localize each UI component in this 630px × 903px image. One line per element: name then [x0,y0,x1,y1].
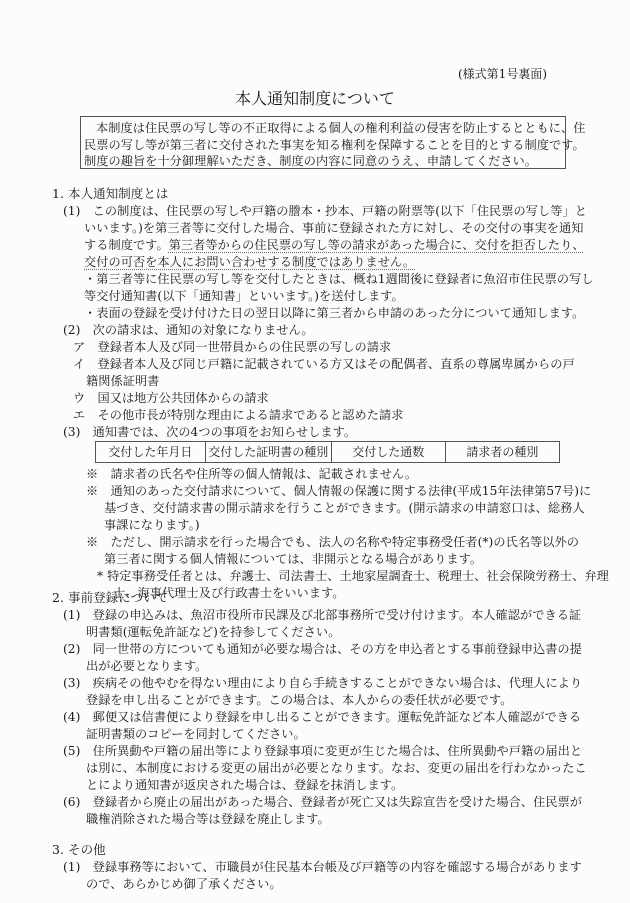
intro-line: 制度の趣旨を十分御理解いただき、制度の内容に同意のうえ、申請してください。 [84,153,537,169]
list-item: ・第三者等に住民票の写し等を交付したときは、概ね1週間後に登録者に魚沼市住民票の… [84,271,594,287]
list-item: 出が必要となります。 [86,658,207,674]
list-item: (4) 郵便又は信書便により登録を申し出ることができます。運転免許証など本人確認… [63,709,581,725]
list-item: (1) この制度は、住民票の写しや戸籍の謄本・抄本、戸籍の附票等(以下「住民票の… [63,203,587,219]
list-item: ア 登録者本人及び同一世帯員からの住民票の写しの請求 [73,339,391,355]
notice-items-table: 交付した年月日 交付した証明書の種別 交付した通数 請求者の種別 [95,441,560,463]
list-item: (6) 登録者から廃止の届出があった場合、登録者が死亡又は失踪宣告を受けた場合、… [63,794,582,810]
table-cell: 交付した年月日 [96,442,206,463]
section-heading-1: 1. 本人通知制度とは [52,186,168,202]
section-heading-2: 2. 事前登録について [52,590,168,606]
list-item: ので、あらかじめ御了承ください。 [86,876,282,892]
list-item: とにより通知書が返戻された場合は、登録を抹消します。 [86,777,403,793]
table-cell: 交付した通数 [331,442,445,463]
table-cell: 請求者の種別 [445,442,559,463]
list-item: 登録を申し出ることができます。この場合は、本人からの委任状が必要です。 [86,692,512,708]
list-item: 明書類(運転免許証など)を持参してください。 [86,624,340,640]
list-item: 籍関係証明書 [86,373,159,389]
list-item: 証明書類のコピーを同封してください。 [86,726,306,742]
list-item: (2) 同一世帯の方についても通知が必要な場合は、その方を申込者とする事前登録申… [63,641,582,657]
table-cell: 交付した証明書の種別 [205,442,331,463]
list-item: イ 登録者本人及び同じ戸籍に記載されている方又はその配偶者、直系の尊属卑属からの… [73,356,575,372]
note: 基づき、交付請求書の開示請求を行うことができます。(開示請求の申請窓口は、総務人 [104,500,585,516]
list-item: いいます。)を第三者等に交付した場合、事前に登録された方に対し、その交付の事実を… [84,220,583,236]
intro-line: 本制度は住民票の写し等の不正取得による個人の権利利益の侵害を防止するとともに、住 [96,120,586,136]
list-item: (2) 次の請求は、通知の対象になりません。 [63,322,314,338]
note: ※ ただし、開示請求を行った場合でも、法人の名称や特定事務受任者(*)の氏名等以… [86,534,579,550]
form-id: (様式第1号裏面) [458,66,547,82]
section-heading-3: 3. その他 [52,842,106,858]
list-item: ・表面の登録を受け付けた日の翌日以降に第三者から申請のあった分について通知します… [84,305,584,321]
list-item: エ その他市長が特別な理由による請求であると認めた請求 [73,407,403,423]
note: 第三者に関する個人情報については、非開示となる場合があります。 [104,551,482,567]
note: ※ 請求者の氏名や住所等の個人情報は、記載されません。 [86,466,417,482]
list-item: 等交付通知書(以下「通知書」といいます。)を送付します。 [84,288,404,304]
list-item: (1) 登録事務等において、市職員が住民基本台帳及び戸籍等の内容を確認する場合が… [63,859,582,875]
list-item: (3) 疾病その他やむを得ない理由により自ら手続きすることができない場合は、代理… [63,675,582,691]
list-item: (5) 住所異動や戸籍の届出等により登録事項に変更が生じた場合は、住所異動や戸籍… [63,743,582,759]
list-item: 職権消除された場合等は登録を廃止します。 [86,811,330,827]
list-item: は別に、本制度における変更の届出が必要となります。なお、変更の届出を行わなかった… [86,760,587,776]
note: ※ 通知のあった交付請求について、個人情報の保護に関する法律(平成15年法律第5… [86,483,591,499]
footnote: * 特定事務受任者とは、弁護士、司法書士、土地家屋調査士、税理士、社会保険労務士… [97,568,609,584]
list-item: ウ 国又は地方公共団体からの請求 [73,390,269,406]
underlined-note: 交付の可否を本人にお問い合わせする制度ではありません。 [84,254,415,270]
page-title: 本人通知制度について [0,89,630,109]
underlined-note: 第三者等からの住民票の写し等の請求があった場合に、交付を拒否したり、 [169,238,585,252]
list-item: (1) 登録の申込みは、魚沼市役所市民課及び北部事務所で受け付けます。本人確認が… [63,607,581,623]
note: 事課になります。) [104,517,200,533]
list-item: する制度です。第三者等からの住民票の写し等の請求があった場合に、交付を拒否したり… [84,237,585,253]
intro-line: 民票の写し等が第三者に交付された事実を知る権利を保障することを目的とする制度です… [84,137,585,153]
list-item: (3) 通知書では、次の4つの事項をお知らせします。 [63,424,356,440]
